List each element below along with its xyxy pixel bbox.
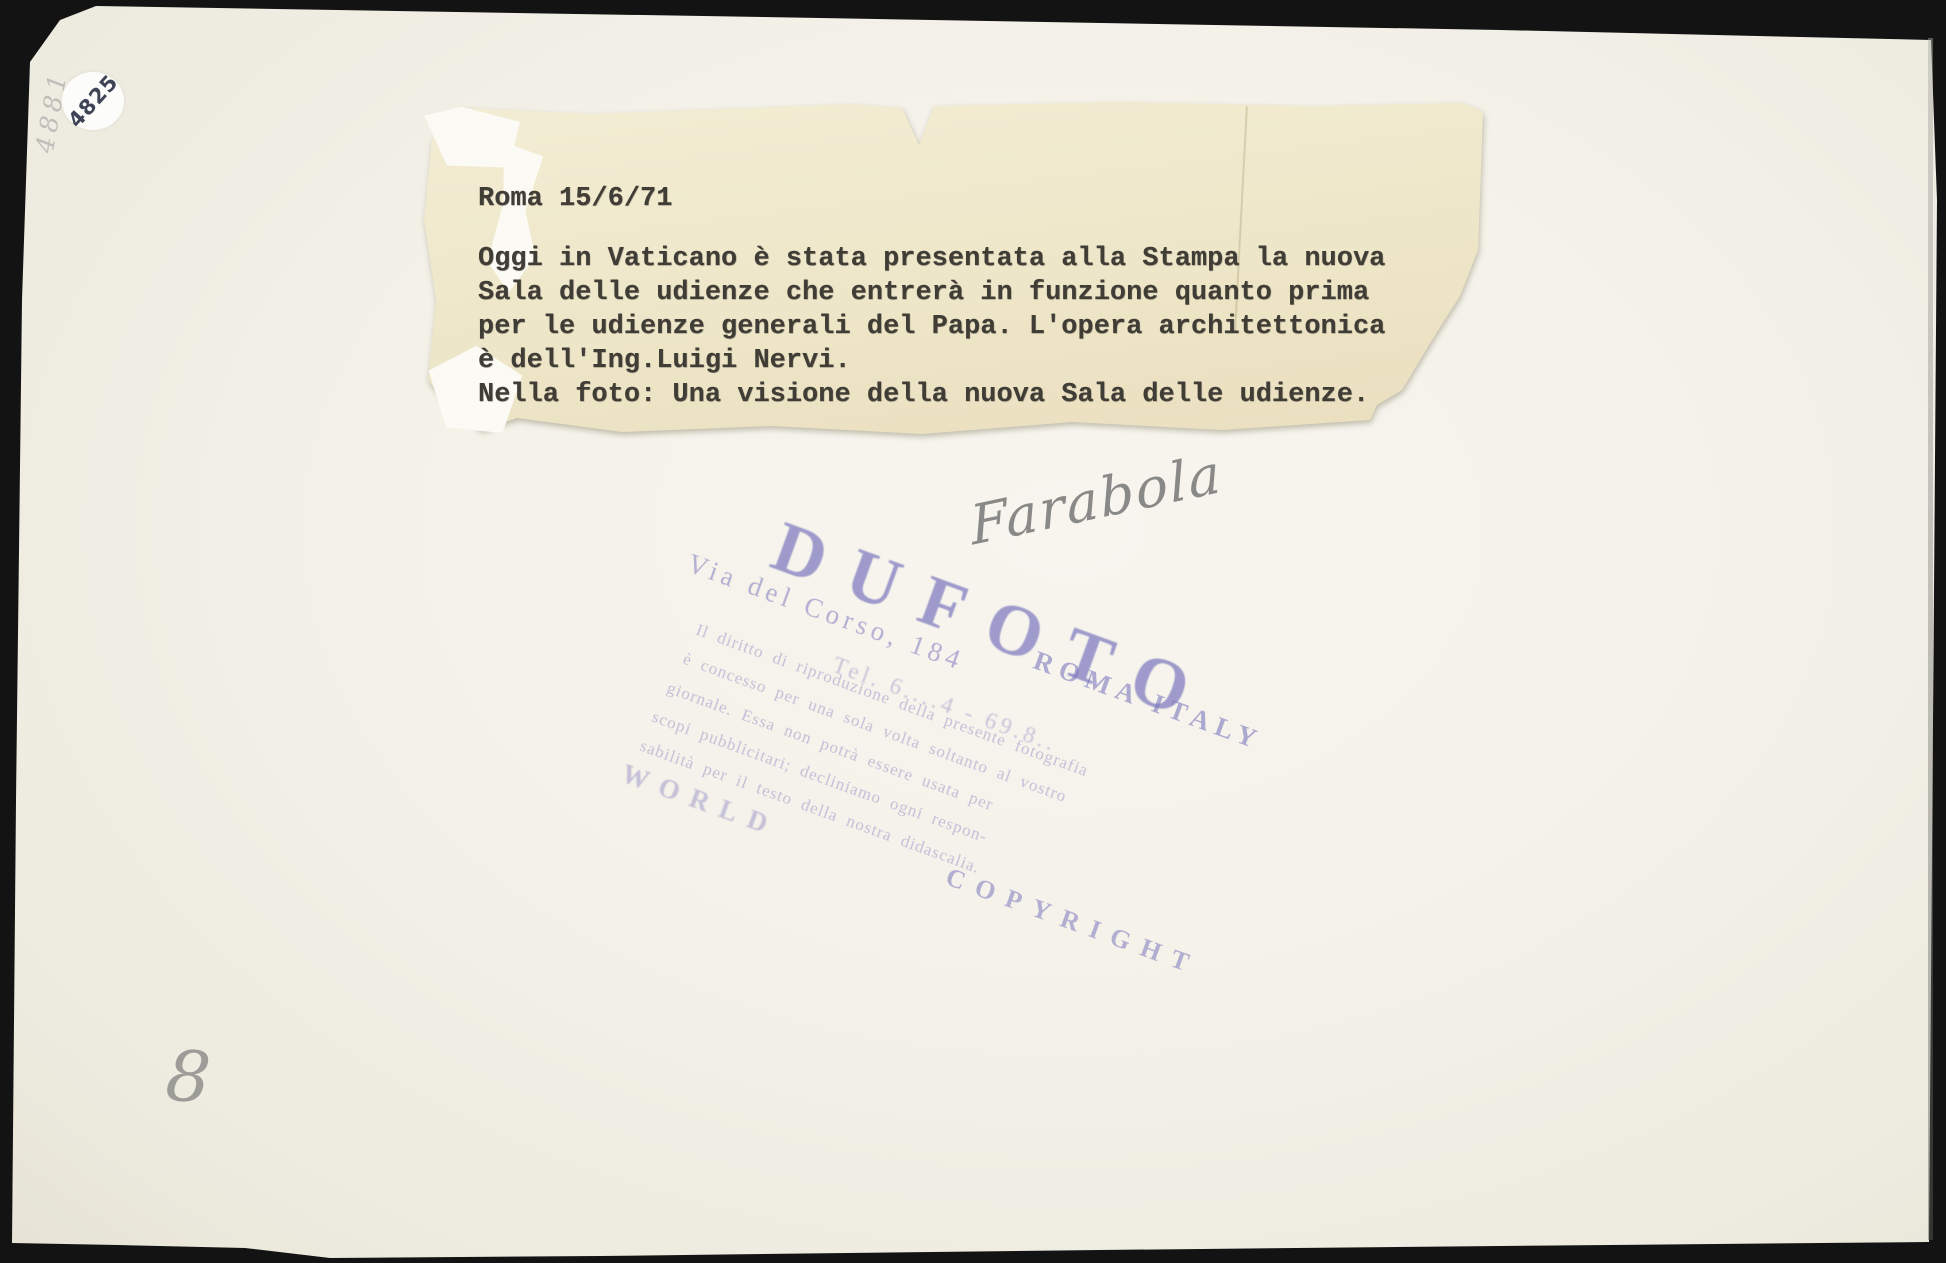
scanned-photo-verso: 4881 4825 Roma 15/6/71 Oggi in Vaticano …	[0, 0, 1946, 1263]
dufoto-stamp: DUFOTO Via del Corso, 184 Tel. 6....4 - …	[0, 0, 1946, 1263]
stamp-copyright-label: COPYRIGHT	[942, 862, 1204, 982]
pencil-page-number: 8	[163, 1035, 213, 1120]
